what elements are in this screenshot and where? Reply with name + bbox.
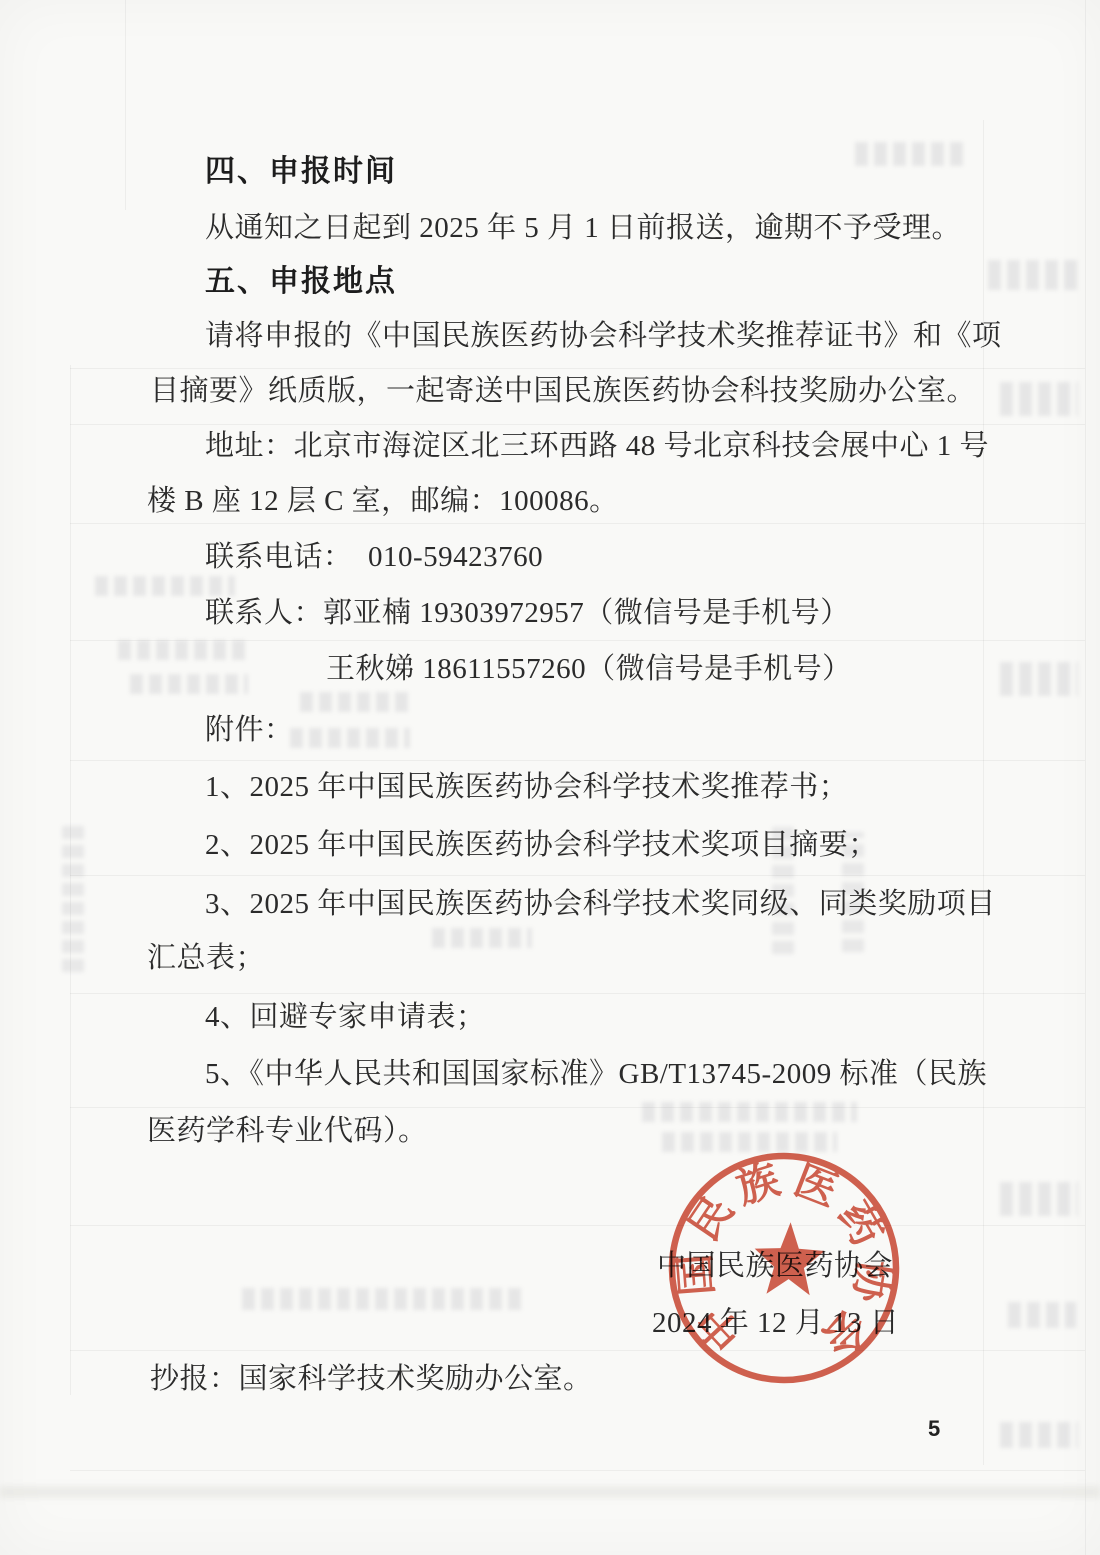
line-phone: 联系电话： 010-59423760: [205, 540, 543, 574]
seal-arc-char: 民: [681, 1189, 743, 1250]
bleed-text: [432, 928, 532, 948]
bleed-text: [988, 260, 1083, 290]
bleed-text: [855, 142, 965, 166]
bleed-hline: [70, 1225, 1085, 1226]
line-attachment-3b: 汇总表；: [147, 941, 265, 975]
bleed-band: [0, 1486, 1100, 1498]
bleed-text: [1000, 1182, 1078, 1216]
bleed-text: [300, 692, 410, 712]
line-cc: 抄报：国家科学技术奖励办公室。: [150, 1362, 593, 1396]
line-attachment-1: 1、2025 年中国民族医药协会科学技术奖推荐书；: [205, 770, 848, 804]
bleed-text: [95, 576, 235, 596]
bleed-text: [290, 728, 410, 748]
bleed-text: [242, 1288, 527, 1310]
line-attachment-2: 2、2025 年中国民族医药协会科学技术奖项目摘要；: [205, 828, 878, 862]
line-contact-1: 联系人：郭亚楠 19303972957（微信号是手机号）: [205, 596, 850, 630]
seal-arc-char: 协: [844, 1257, 897, 1307]
seal-arc-char: 药: [829, 1195, 890, 1254]
bleed-hline: [70, 760, 1085, 761]
seal-arc-char: 会: [812, 1300, 875, 1363]
line-address-2: 楼 B 座 12 层 C 室，邮编：100086。: [147, 484, 619, 518]
bleed-text: [62, 822, 84, 972]
bleed-hline: [70, 875, 1085, 876]
bleed-text: [1008, 1302, 1076, 1328]
heading-report-place: 五、申报地点: [205, 265, 397, 299]
bleed-text: [1000, 382, 1078, 416]
document-page: 四、申报时间 从通知之日起到 2025 年 5 月 1 日前报送，逾期不予受理。…: [0, 0, 1100, 1555]
line-attachment-5b: 医药学科专业代码）。: [147, 1114, 428, 1148]
bleed-vline: [125, 0, 126, 210]
bleed-vline: [1085, 0, 1086, 1555]
heading-report-time: 四、申报时间: [205, 155, 397, 189]
seal-star-icon: [753, 1221, 825, 1296]
line-contact-2: 王秋娣 18611557260（微信号是手机号）: [326, 652, 852, 686]
bleed-hline: [70, 1107, 1085, 1108]
label-attachments: 附件：: [205, 713, 294, 747]
bleed-text: [1000, 662, 1078, 696]
bleed-hline: [70, 368, 1085, 369]
bleed-text: [130, 674, 248, 694]
line-place-2: 目摘要》纸质版，一起寄送中国民族医药协会科技奖励办公室。: [150, 374, 976, 408]
bleed-hline: [70, 993, 1085, 994]
line-attachment-3a: 3、2025 年中国民族医药协会科学技术奖同级、同类奖励项目: [205, 887, 996, 921]
official-seal: 中 国 民 族 医 药 协 会: [650, 1134, 919, 1403]
bleed-text: [1000, 1422, 1078, 1448]
seal-arc-char: 中: [688, 1296, 751, 1359]
bleed-hline: [70, 424, 1085, 425]
page-number: 5: [928, 1416, 940, 1442]
seal-arc-char: 国: [673, 1252, 722, 1297]
bleed-text: [118, 640, 248, 660]
line-report-time-body: 从通知之日起到 2025 年 5 月 1 日前报送，逾期不予受理。: [205, 211, 961, 245]
line-attachment-4: 4、回避专家申请表；: [205, 1000, 486, 1034]
bleed-hline: [70, 523, 1085, 524]
line-attachment-5a: 5、《中华人民共和国国家标准》GB/T13745-2009 标准（民族: [205, 1057, 987, 1091]
bleed-hline: [70, 1470, 1085, 1471]
bleed-hline: [70, 1350, 1085, 1351]
line-address-1: 地址：北京市海淀区北三环西路 48 号北京科技会展中心 1 号: [205, 429, 989, 463]
bleed-text: [642, 1102, 857, 1122]
line-place-1: 请将申报的《中国民族医药协会科学技术奖推荐证书》和《项: [205, 319, 1002, 353]
